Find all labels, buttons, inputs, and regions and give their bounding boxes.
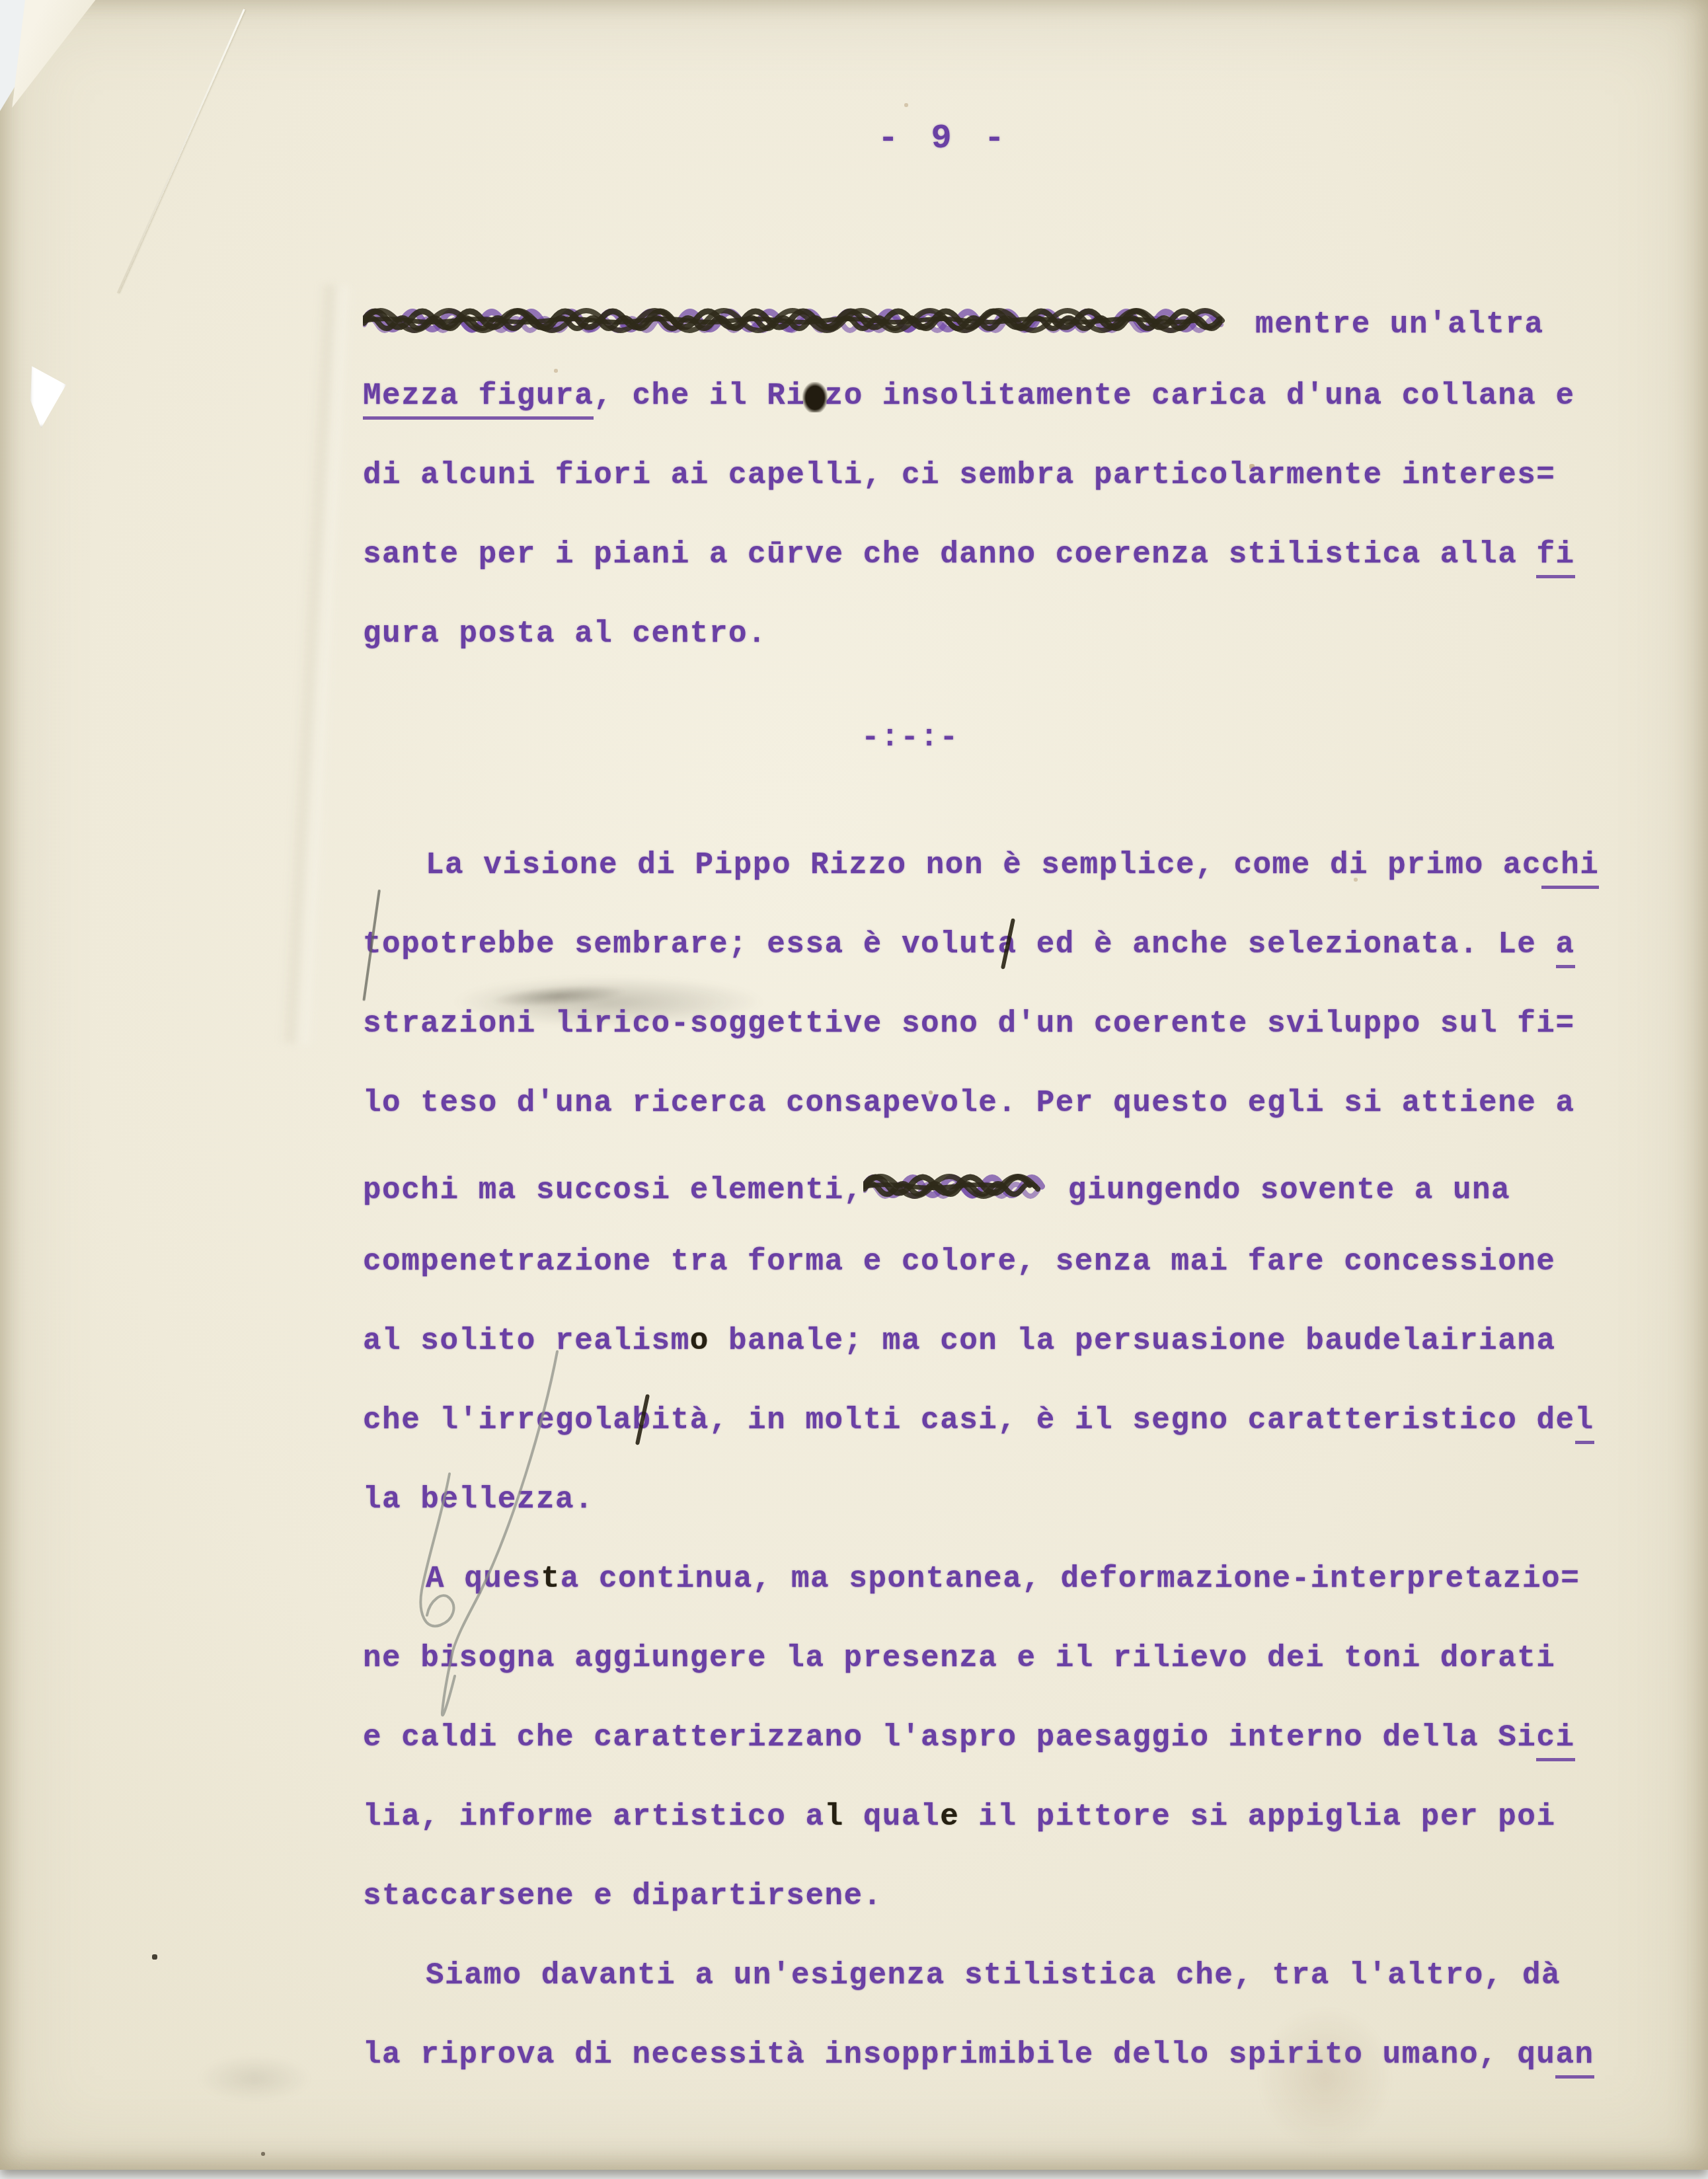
typescript-line: la riprova di necessità insopprimibile d…: [363, 2031, 1594, 2083]
typescript-line: topotrebbe sembrare; essa è voluta ed è …: [363, 921, 1575, 972]
typed-text: Siamo davanti a un'esigenza stilistica c…: [426, 1958, 1561, 1993]
typed-text: gura posta al centro.: [363, 617, 767, 651]
typed-text: compenetrazione tra forma e colore, senz…: [363, 1244, 1555, 1279]
underlined-text: fi: [1536, 537, 1574, 578]
underlined-text: l: [1575, 1403, 1594, 1444]
typed-text: staccarsene e dipartirsene.: [363, 1879, 882, 1913]
typescript-line: La visione di Pippo Rizzo non è semplice…: [363, 841, 1599, 893]
typed-text: ità, in molti casi, è il segno caratteri…: [652, 1403, 1575, 1437]
typed-text: la riprova di necessità insopprimibile d…: [363, 2038, 1555, 2072]
typed-text: mentre un'altra: [1236, 307, 1544, 342]
typed-text: sante per i piani a cūrve che danno coe…: [363, 537, 1536, 572]
typed-text: lo teso d'una ricerca consapevole. Per q…: [363, 1086, 1575, 1120]
section-separator: -:-:-: [861, 720, 959, 755]
typescript-line: di alcuni fiori ai capelli, ci sembra pa…: [363, 451, 1555, 503]
ink-correction: e: [805, 379, 824, 413]
ink-correction: a: [997, 927, 1017, 962]
typescript-line: pochi ma succosi elementi, giungendo sov…: [363, 1159, 1510, 1210]
typed-text: La visione di Pippo Rizzo non è semplice…: [426, 848, 1541, 882]
typed-text: zo insolitamente carica d'una collana e: [825, 379, 1575, 413]
paper-specks: [0, 0, 1, 1]
typescript-line: sante per i piani a cūrve che danno coe…: [363, 531, 1575, 582]
crossed-out-scribble: [363, 293, 1232, 348]
typescript-line: gura posta al centro.: [363, 610, 767, 662]
typescript-line: lia, informe artistico al quale il pitto…: [363, 1793, 1556, 1845]
typescript-line: Siamo davanti a un'esigenza stilistica c…: [363, 1952, 1561, 2003]
crossed-out-scribble: [863, 1159, 1045, 1214]
typed-text: lia, informe artistico a: [363, 1800, 825, 1834]
typescript-line: staccarsene e dipartirsene.: [363, 1872, 882, 1924]
paper-crease: [117, 9, 245, 293]
paper-smudge: [198, 2055, 311, 2102]
typed-text: di alcuni fiori ai capelli, ci sembra pa…: [363, 458, 1555, 492]
typescript-line: lo teso d'una ricerca consapevole. Per q…: [363, 1079, 1575, 1131]
typed-text: ed è anche selezionata. Le: [1017, 927, 1556, 962]
underlined-text: ci: [1536, 1720, 1574, 1761]
page-number: - 9 -: [878, 119, 1011, 158]
underlined-text: Mezza figura: [363, 379, 594, 420]
typed-text: , che il Ri: [594, 379, 805, 413]
paper-crease-band: [279, 284, 354, 1044]
typescript-line: Mezza figura, che il Riezo insolitamente…: [363, 372, 1575, 424]
typescript-line: mentre un'altra: [363, 293, 1544, 344]
underlined-text: an: [1555, 2038, 1594, 2079]
typed-text: banale; ma con la persuasione baudelairi…: [709, 1324, 1556, 1358]
underlined-text: a: [1556, 927, 1575, 968]
typed-text: giungendo sovente a una: [1049, 1173, 1511, 1207]
paper-edge-chip: [30, 366, 66, 428]
typed-text: a continua, ma spontanea, deformazione-i…: [561, 1562, 1580, 1596]
ink-correction: o: [690, 1324, 709, 1358]
typed-text: il pittore si appiglia per poi: [959, 1800, 1555, 1834]
ink-correction: b: [632, 1403, 651, 1437]
scanned-page: - 9 - mentre un'altraMezza figura, che i…: [0, 0, 1708, 2170]
ink-correction: l: [825, 1800, 844, 1834]
pencil-squiggle-mark: [344, 1315, 621, 1765]
typescript-line: strazioni lirico-soggettive sono d'un co…: [363, 1000, 1575, 1051]
typed-text: strazioni lirico-soggettive sono d'un co…: [363, 1007, 1575, 1041]
typed-text: qual: [844, 1800, 941, 1834]
typed-text: topotrebbe sembrare; essa è volut: [363, 927, 997, 962]
typed-text: pochi ma succosi elementi,: [363, 1173, 863, 1207]
ink-correction: e: [940, 1800, 959, 1834]
typescript-line: compenetrazione tra forma e colore, senz…: [363, 1238, 1555, 1289]
underlined-text: chi: [1541, 848, 1599, 889]
